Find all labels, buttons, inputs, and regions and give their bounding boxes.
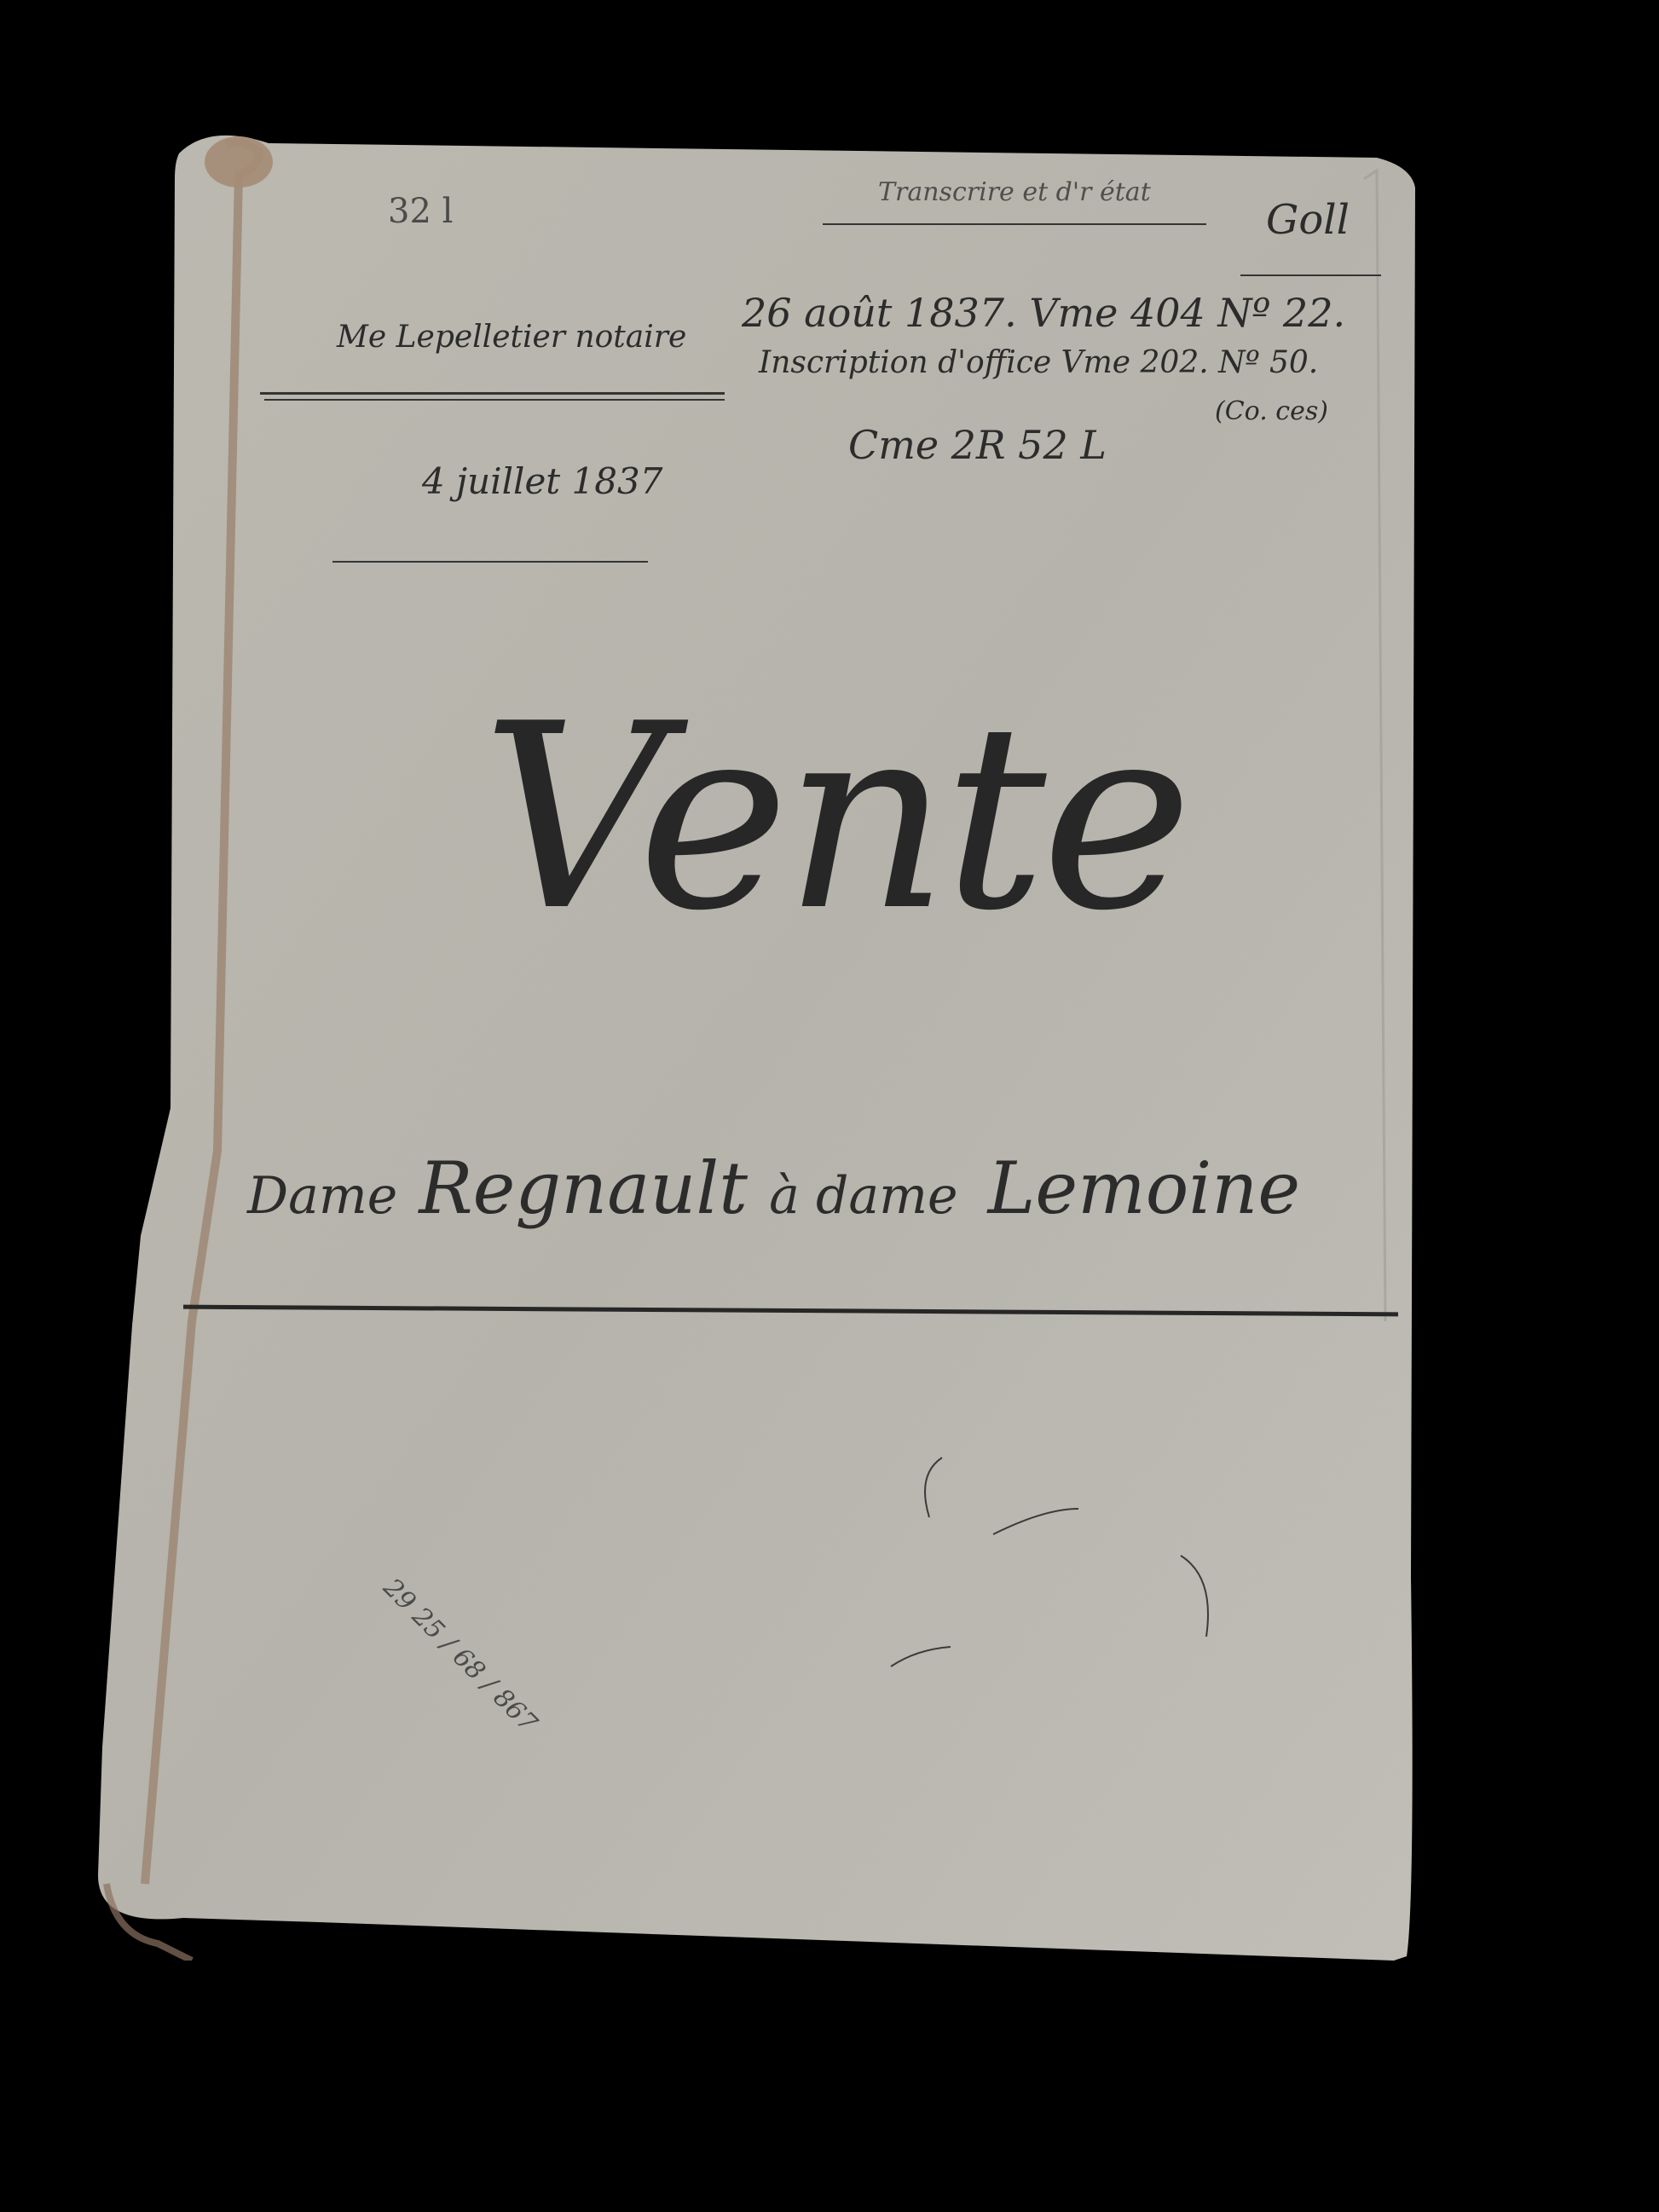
clerk-signature: Goll <box>1266 196 1350 244</box>
registration-line-2: Inscription d'office Vme 202. Nº 50. <box>759 345 1318 380</box>
act-date: 4 juillet 1837 <box>422 460 662 502</box>
notary-underline <box>260 392 725 395</box>
stray-ink-marks <box>848 1406 1360 1705</box>
seller-prefix: Dame <box>247 1166 397 1226</box>
transcription-header: Transcrire et d'r état <box>878 177 1151 207</box>
document-photo: 32 l Me Lepelletier notaire 4 juillet 18… <box>81 128 1441 1961</box>
notary-name: Me Lepelletier notaire <box>337 320 686 355</box>
party-connector: à dame <box>769 1166 957 1226</box>
notary-underline-2 <box>264 399 725 401</box>
header-underline <box>823 223 1206 225</box>
date-underline <box>332 561 648 563</box>
registration-line-1: 26 août 1837. Vme 404 Nº 22. <box>742 290 1345 336</box>
document-title: Vente <box>482 690 1188 946</box>
parties-line: Dame Regnault à dame Lemoine <box>247 1146 1300 1230</box>
catalog-number: 32 l <box>388 192 453 231</box>
registration-line-3: Cme 2R 52 L <box>848 422 1107 468</box>
seller-name: Regnault <box>419 1146 748 1230</box>
signature-underline <box>1240 274 1381 276</box>
string-knot <box>205 136 273 188</box>
buyer-name: Lemoine <box>988 1146 1300 1230</box>
fee-note: (Co. ces) <box>1215 396 1328 426</box>
